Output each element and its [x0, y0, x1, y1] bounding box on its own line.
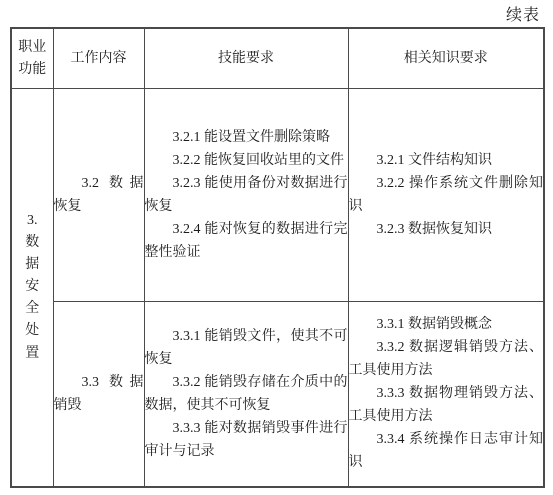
knowledge-item: 3.3.4 系统操作日志审计知识 [349, 428, 544, 474]
knowledge-item: 3.2.3 数据恢复知识 [349, 218, 544, 241]
knowledge-cell: 3.2.1 文件结构知识 3.2.2 操作系统文件删除知识 3.2.3 数据恢复… [348, 89, 544, 302]
work-content-cell: 3.3 数据销毁 [53, 302, 144, 487]
knowledge-cell: 3.3.1 数据销毁概念 3.3.2 数据逻辑销毁方法、工具使用方法 3.3.3… [348, 302, 544, 487]
table-row-data-destruction: 3.3 数据销毁 3.3.1 能销毁文件，使其不可恢复 3.3.2 能销毁存储在… [11, 302, 544, 487]
skills-cell: 3.3.1 能销毁文件，使其不可恢复 3.3.2 能销毁存储在介质中的数据，使其… [144, 302, 348, 487]
knowledge-item: 3.3.3 数据物理销毁方法、工具使用方法 [349, 382, 544, 428]
skill-item: 3.2.1 能设置文件删除策略 [145, 126, 348, 149]
skill-requirements-table: 职业功能 工作内容 技能要求 相关知识要求 3. 数 据 安 全 处 置 3.2… [10, 27, 545, 488]
header-function: 职业功能 [11, 28, 53, 89]
function-cell-data-security-disposal: 3. 数 据 安 全 处 置 [11, 89, 53, 487]
work-content-cell: 3.2 数据恢复 [53, 89, 144, 302]
table-row-data-recovery: 3. 数 据 安 全 处 置 3.2 数据恢复 3.2.1 能设置文件删除策略 … [11, 89, 544, 302]
skill-item: 3.2.4 能对恢复的数据进行完整性验证 [145, 218, 348, 264]
knowledge-item: 3.2.1 文件结构知识 [349, 149, 544, 172]
skill-item: 3.3.2 能销毁存储在介质中的数据，使其不可恢复 [145, 371, 348, 417]
knowledge-item: 3.2.2 操作系统文件删除知识 [349, 172, 544, 218]
skill-item: 3.2.2 能恢复回收站里的文件 [145, 149, 348, 172]
work-content-label: 3.3 数据销毁 [54, 371, 144, 417]
skills-cell: 3.2.1 能设置文件删除策略 3.2.2 能恢复回收站里的文件 3.2.3 能… [144, 89, 348, 302]
header-skills: 技能要求 [144, 28, 348, 89]
skill-item: 3.3.1 能销毁文件，使其不可恢复 [145, 325, 348, 371]
header-knowledge: 相关知识要求 [348, 28, 544, 89]
header-work-content: 工作内容 [53, 28, 144, 89]
header-row: 职业功能 工作内容 技能要求 相关知识要求 [11, 28, 544, 89]
continued-table-label: 续表 [506, 2, 540, 25]
work-content-label: 3.2 数据恢复 [54, 172, 144, 218]
skill-item: 3.2.3 能使用备份对数据进行恢复 [145, 172, 348, 218]
skill-item: 3.3.3 能对数据销毁事件进行审计与记录 [145, 417, 348, 463]
knowledge-item: 3.3.2 数据逻辑销毁方法、工具使用方法 [349, 336, 544, 382]
knowledge-item: 3.3.1 数据销毁概念 [349, 313, 544, 336]
document-page: 续表 职业功能 工作内容 技能要求 相关知识要求 3. 数 据 安 全 处 置 … [0, 0, 553, 495]
